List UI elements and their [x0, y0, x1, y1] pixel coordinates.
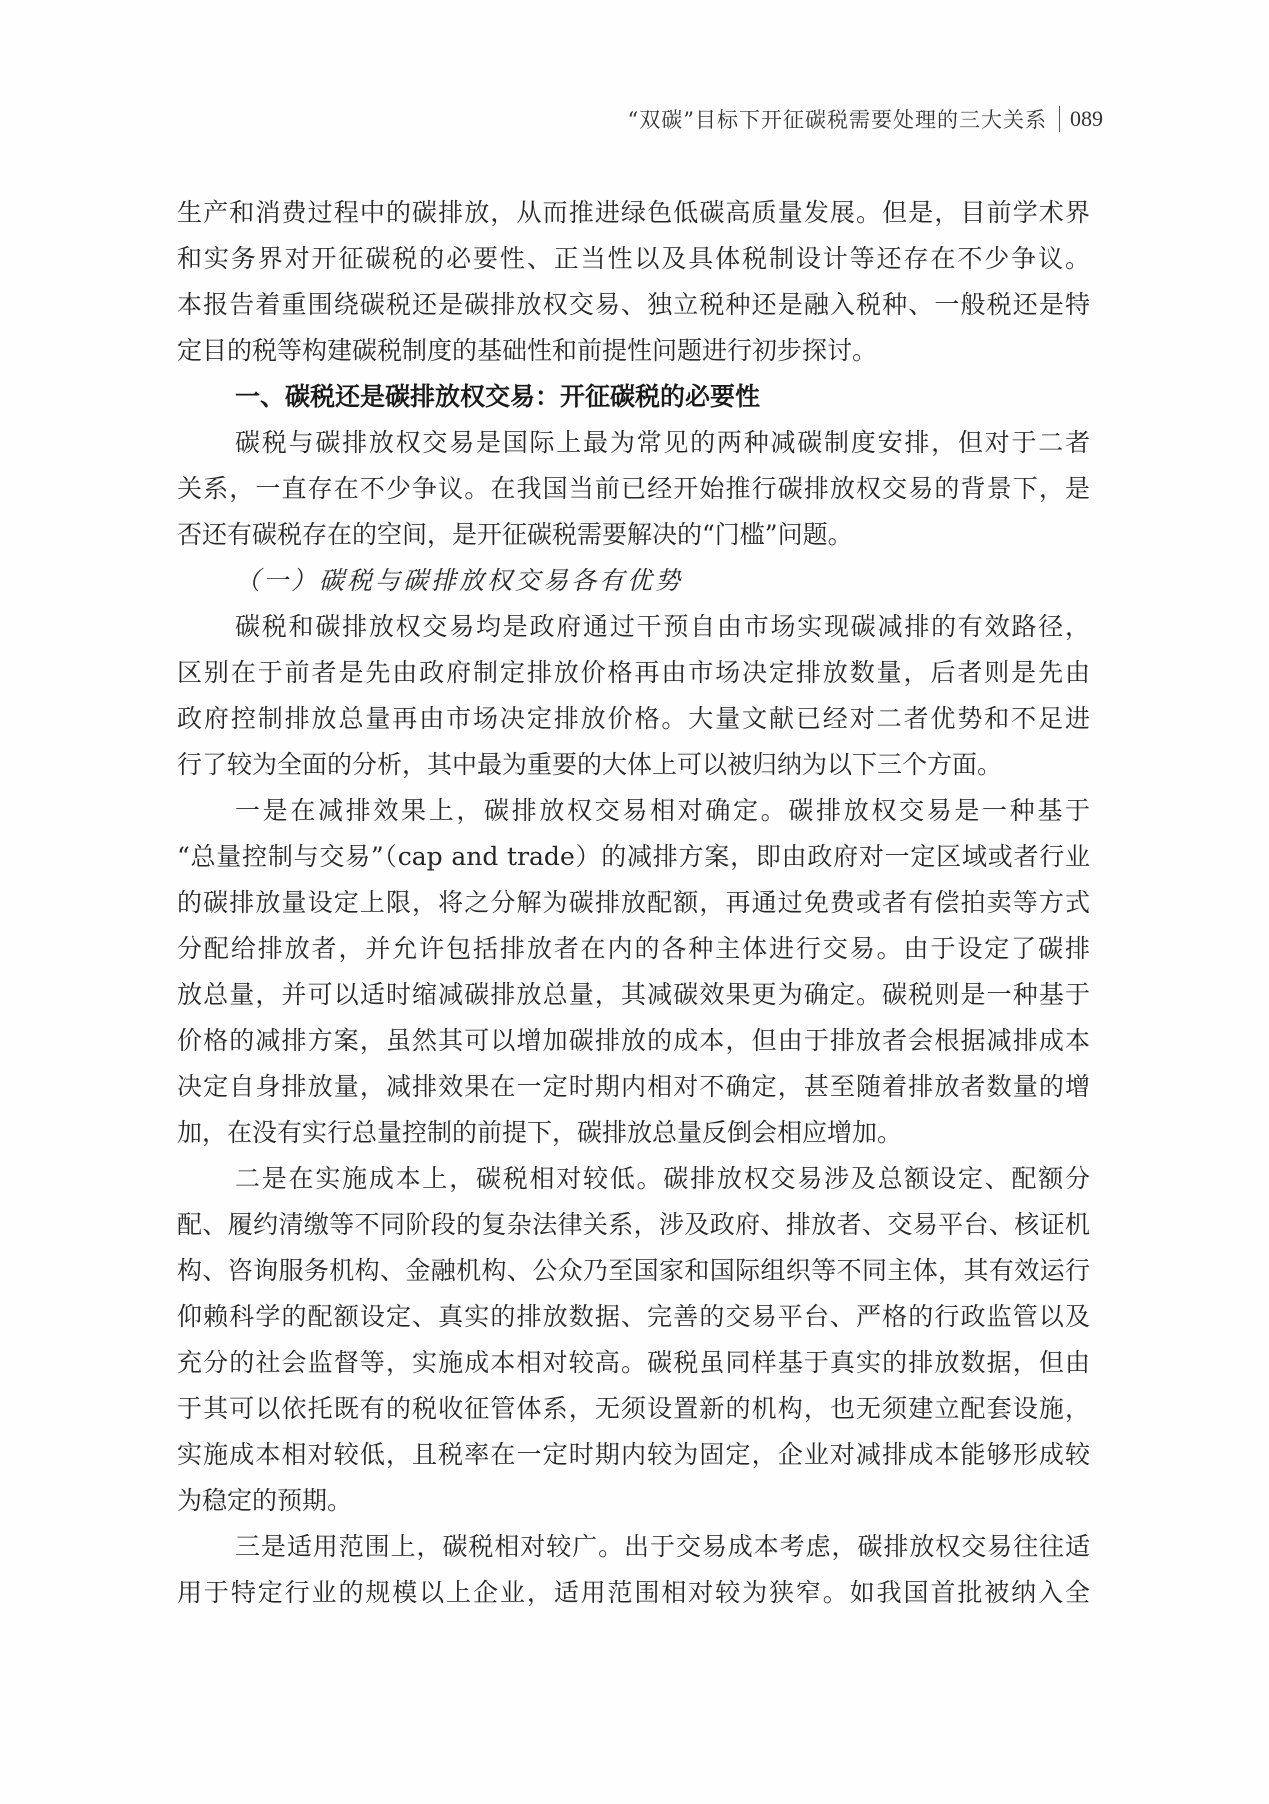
- paragraph-first-line: 二是在实施成本上，碳税相对较低。碳排放权交易涉及总额设定、配额分: [177, 1156, 1090, 1202]
- paragraph-first-line: 碳税和碳排放权交易均是政府通过干预自由市场实现碳减排的有效路径，: [177, 604, 1090, 650]
- paragraph-first-line: 碳税与碳排放权交易是国际上最为常见的两种减碳制度安排，但对于二者: [177, 420, 1090, 466]
- text-line: 价格的减排方案，虽然其可以增加碳排放的成本，但由于排放者会根据减排成本: [177, 1018, 1090, 1064]
- running-header: “双碳”目标下开征碳税需要处理的三大关系 089: [628, 104, 1103, 134]
- running-title: “双碳”目标下开征碳税需要处理的三大关系: [628, 104, 1047, 134]
- text-line: 本报告着重围绕碳税还是碳排放权交易、独立税种还是融入税种、一般税还是特: [177, 282, 1090, 328]
- text-line: 的碳排放量设定上限，将之分解为碳排放配额，再通过免费或者有偿拍卖等方式: [177, 880, 1090, 926]
- text-line: 否还有碳税存在的空间，是开征碳税需要解决的“门槛”问题。: [177, 512, 1090, 558]
- text-line: 充分的社会监督等，实施成本相对较高。碳税虽同样基于真实的排放数据，但由: [177, 1340, 1090, 1386]
- header-separator: [1059, 106, 1060, 132]
- text-line: 区别在于前者是先由政府制定排放价格再由市场决定排放数量，后者则是先由: [177, 650, 1090, 696]
- text-line: 仰赖科学的配额设定、真实的排放数据、完善的交易平台、严格的行政监管以及: [177, 1294, 1090, 1340]
- text-line: 政府控制排放总量再由市场决定排放价格。大量文献已经对二者优势和不足进: [177, 696, 1090, 742]
- text-line: “总量控制与交易”（cap and trade）的减排方案，即由政府对一定区域或…: [177, 834, 1090, 880]
- text-line: 分配给排放者，并允许包括排放者在内的各种主体进行交易。由于设定了碳排: [177, 926, 1090, 972]
- paragraph-first-line: 三是适用范围上，碳税相对较广。出于交易成本考虑，碳排放权交易往往适: [177, 1524, 1090, 1570]
- text-line: 加，在没有实行总量控制的前提下，碳排放总量反倒会相应增加。: [177, 1110, 1090, 1156]
- text-line: 行了较为全面的分析，其中最为重要的大体上可以被归纳为以下三个方面。: [177, 742, 1090, 788]
- text-line: 关系，一直存在不少争议。在我国当前已经开始推行碳排放权交易的背景下，是: [177, 466, 1090, 512]
- paragraph-first-line: 一是在减排效果上，碳排放权交易相对确定。碳排放权交易是一种基于: [177, 788, 1090, 834]
- text-line: 配、履约清缴等不同阶段的复杂法律关系，涉及政府、排放者、交易平台、核证机: [177, 1202, 1090, 1248]
- text-line: 和实务界对开征碳税的必要性、正当性以及具体税制设计等还存在不少争议。: [177, 236, 1090, 282]
- text-line: 生产和消费过程中的碳排放，从而推进绿色低碳高质量发展。但是，目前学术界: [177, 190, 1090, 236]
- page-number: 089: [1070, 106, 1103, 132]
- text-line: 用于特定行业的规模以上企业，适用范围相对较为狭窄。如我国首批被纳入全: [177, 1570, 1090, 1616]
- text-line: 实施成本相对较低，且税率在一定时期内较为固定，企业对减排成本能够形成较: [177, 1432, 1090, 1478]
- text-line: 于其可以依托既有的税收征管体系，无须设置新的机构，也无须建立配套设施，: [177, 1386, 1090, 1432]
- body-text: 生产和消费过程中的碳排放，从而推进绿色低碳高质量发展。但是，目前学术界 和实务界…: [177, 190, 1090, 1616]
- text-line: 放总量，并可以适时缩减碳排放总量，其减碳效果更为确定。碳税则是一种基于: [177, 972, 1090, 1018]
- text-line: 为稳定的预期。: [177, 1478, 1090, 1524]
- text-line: 定目的税等构建碳税制度的基础性和前提性问题进行初步探讨。: [177, 328, 1090, 374]
- document-page: “双碳”目标下开征碳税需要处理的三大关系 089 生产和消费过程中的碳排放，从而…: [0, 0, 1269, 1804]
- text-line: 决定自身排放量，减排效果在一定时期内相对不确定，甚至随着排放者数量的增: [177, 1064, 1090, 1110]
- section-heading: 一、碳税还是碳排放权交易：开征碳税的必要性: [177, 374, 1090, 420]
- subsection-heading: （一）碳税与碳排放权交易各有优势: [177, 558, 1090, 604]
- text-line: 构、咨询服务机构、金融机构、公众乃至国家和国际组织等不同主体，其有效运行: [177, 1248, 1090, 1294]
